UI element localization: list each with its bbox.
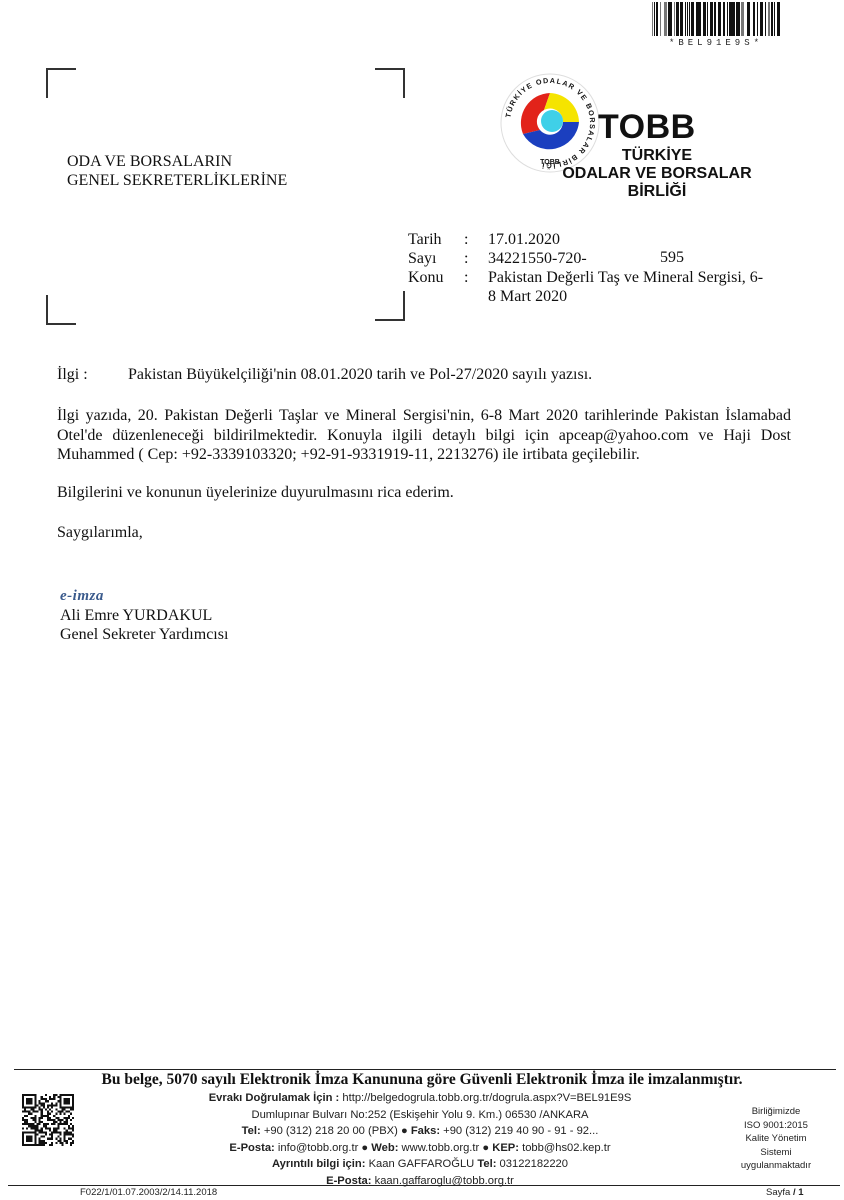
tel-value: +90 (312) 218 20 00 (PBX) bbox=[264, 1125, 398, 1137]
iso-certification-note: Birliğimizde ISO 9001:2015 Kalite Yöneti… bbox=[722, 1105, 830, 1173]
footer-address: Dumlupınar Bulvarı No:252 (Eskişehir Yol… bbox=[150, 1107, 690, 1124]
form-number: F022/1/01.07.2003/2/14.11.2018 bbox=[80, 1187, 217, 1198]
contact-label: Ayrıntılı bilgi için: bbox=[272, 1158, 365, 1170]
bullet: ● bbox=[401, 1125, 408, 1137]
contact-name: Kaan GAFFAROĞLU bbox=[369, 1158, 475, 1170]
meta-date-label: Tarih bbox=[408, 230, 464, 249]
meta-colon: : bbox=[464, 249, 488, 268]
address-window-corner-bottom-left bbox=[46, 295, 76, 325]
logo-title: TOBB bbox=[598, 108, 696, 147]
addressee: ODA VE BORSALARIN GENEL SEKRETERLİKLERİN… bbox=[67, 152, 287, 190]
logo-subtitle-line-3: BİRLİĞİ bbox=[548, 183, 766, 201]
address-window-corner-top-left bbox=[46, 68, 76, 98]
kep-label: KEP: bbox=[492, 1142, 519, 1154]
barcode-text: *BEL91E9S* bbox=[648, 38, 784, 48]
closing-text: Saygılarımla, bbox=[57, 524, 143, 542]
footer-contact-email-line: E-Posta: kaan.gaffaroglu@tobb.org.tr bbox=[150, 1173, 690, 1190]
meta-subject-line-2: 8 Mart 2020 bbox=[488, 288, 567, 305]
addressee-line-1: ODA VE BORSALARIN bbox=[67, 152, 287, 171]
tel-label: Tel: bbox=[242, 1125, 261, 1137]
footer-verify-line: Evrakı Doğrulamak İçin : http://belgedog… bbox=[150, 1090, 690, 1107]
meta-date-row: Tarih : 17.01.2020 bbox=[408, 230, 808, 249]
email-label: E-Posta: bbox=[229, 1142, 274, 1154]
footer-bottom-divider bbox=[8, 1185, 840, 1186]
logo-subtitle-line-2: ODALAR VE BORSALAR bbox=[548, 165, 766, 183]
meta-number-row: Sayı : 34221550-720- bbox=[408, 249, 808, 268]
bullet: ● bbox=[482, 1142, 489, 1154]
address-window-corner-bottom-right bbox=[375, 291, 405, 321]
meta-colon: : bbox=[464, 230, 488, 249]
page-indicator: Sayfa / 1 bbox=[766, 1187, 804, 1198]
document-meta: Tarih : 17.01.2020 Sayı : 34221550-720- … bbox=[408, 230, 808, 306]
meta-number-value: 34221550-720- bbox=[488, 249, 808, 268]
meta-subject-value: Pakistan Değerli Taş ve Mineral Sergisi,… bbox=[488, 268, 808, 306]
footer-web-line: E-Posta: info@tobb.org.tr ● Web: www.tob… bbox=[150, 1140, 690, 1157]
meta-date-value: 17.01.2020 bbox=[488, 230, 808, 249]
iso-line-1: Birliğimizde bbox=[722, 1105, 830, 1119]
signer-name: Ali Emre YURDAKUL bbox=[60, 606, 228, 625]
page-label: Sayfa bbox=[766, 1187, 790, 1198]
logo-subtitle-line-1: TÜRKİYE bbox=[548, 147, 766, 165]
fax-label: Faks: bbox=[411, 1125, 440, 1137]
footer-top-divider bbox=[14, 1069, 836, 1070]
verify-label: Evrakı Doğrulamak İçin : bbox=[209, 1092, 340, 1104]
body-paragraph-1: İlgi yazıda, 20. Pakistan Değerli Taşlar… bbox=[57, 406, 791, 465]
barcode-image bbox=[652, 2, 780, 36]
meta-colon: : bbox=[464, 268, 488, 306]
footer-phone-line: Tel: +90 (312) 218 20 00 (PBX) ● Faks: +… bbox=[150, 1123, 690, 1140]
body-paragraph-2: Bilgilerini ve konunun üyelerinize duyur… bbox=[57, 484, 454, 502]
web-link[interactable]: www.tobb.org.tr bbox=[402, 1142, 480, 1154]
verify-url-link[interactable]: http://belgedogrula.tobb.org.tr/dogrula.… bbox=[342, 1092, 631, 1104]
email-link[interactable]: info@tobb.org.tr bbox=[278, 1142, 358, 1154]
reference-text: Pakistan Büyükelçiliği'nin 08.01.2020 ta… bbox=[128, 366, 592, 383]
e-signature-mark: e-imza bbox=[60, 588, 104, 605]
kep-value: tobb@hs02.kep.tr bbox=[522, 1142, 610, 1154]
meta-subject-label: Konu bbox=[408, 268, 464, 306]
legal-notice: Bu belge, 5070 sayılı Elektronik İmza Ka… bbox=[0, 1071, 844, 1089]
addressee-line-2: GENEL SEKRETERLİKLERİNE bbox=[67, 171, 287, 190]
iso-line-5: uygulanmaktadır bbox=[722, 1159, 830, 1173]
qr-code bbox=[22, 1094, 74, 1146]
footer-contact-block: Evrakı Doğrulamak İçin : http://belgedog… bbox=[150, 1090, 690, 1189]
meta-subject-row: Konu : Pakistan Değerli Taş ve Mineral S… bbox=[408, 268, 808, 306]
web-label: Web: bbox=[371, 1142, 398, 1154]
signer-block: Ali Emre YURDAKUL Genel Sekreter Yardımc… bbox=[60, 606, 228, 644]
signer-title: Genel Sekreter Yardımcısı bbox=[60, 625, 228, 644]
iso-line-3: Kalite Yönetim bbox=[722, 1132, 830, 1146]
meta-number-suffix: 595 bbox=[660, 249, 684, 267]
fax-value: +90 (312) 219 40 90 - 91 - 92... bbox=[443, 1125, 598, 1137]
footer-contact-line: Ayrıntılı bilgi için: Kaan GAFFAROĞLU Te… bbox=[150, 1156, 690, 1173]
page-value: / 1 bbox=[793, 1187, 804, 1198]
iso-line-4: Sistemi bbox=[722, 1146, 830, 1160]
reference-line: İlgi :Pakistan Büyükelçiliği'nin 08.01.2… bbox=[57, 366, 592, 384]
iso-line-2: ISO 9001:2015 bbox=[722, 1119, 830, 1133]
meta-number-label: Sayı bbox=[408, 249, 464, 268]
address-window-corner-top-right bbox=[375, 68, 405, 98]
meta-subject-line-1: Pakistan Değerli Taş ve Mineral Sergisi,… bbox=[488, 269, 763, 286]
bullet: ● bbox=[361, 1142, 368, 1154]
reference-label: İlgi : bbox=[57, 366, 128, 384]
logo-subtitle: TÜRKİYE ODALAR VE BORSALAR BİRLİĞİ bbox=[548, 147, 766, 201]
contact-tel-value: 03122182220 bbox=[500, 1158, 568, 1170]
contact-tel-label: Tel: bbox=[477, 1158, 496, 1170]
